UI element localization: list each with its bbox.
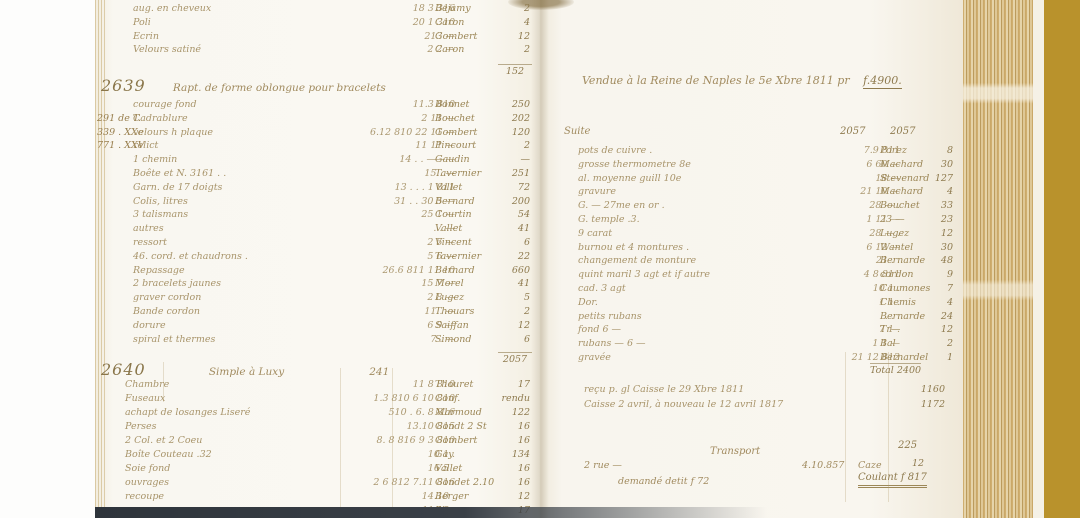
ledger-row: G. temple .3. 1 11 — 23 — 23 bbox=[540, 213, 963, 227]
bottom-reference: 4.10.857 bbox=[802, 460, 844, 471]
mustard-background bbox=[1044, 0, 1080, 518]
ledger-row: 46. cord. et chaudrons . 5 6 — Tavernier… bbox=[95, 250, 540, 264]
row-amount: 30 bbox=[919, 158, 953, 172]
ledger-row: achapt de losanges Liseré 510 . 6. 8 816… bbox=[95, 406, 540, 420]
entry-number: 2639 bbox=[101, 76, 146, 95]
row-description: relict bbox=[133, 139, 158, 153]
row-amount: 4 bbox=[919, 296, 953, 310]
row-description: 9 carat bbox=[578, 227, 612, 241]
row-figures: 11 8 810 bbox=[305, 378, 455, 392]
row-description: autres bbox=[133, 222, 164, 236]
ledger-row: Garn. de 17 doigts 13 . . . 1 811 Vallet… bbox=[95, 181, 540, 195]
row-description: Velours satiné bbox=[133, 43, 201, 57]
row-amount: 122 bbox=[496, 406, 530, 420]
row-description: Soie fond bbox=[125, 462, 170, 476]
row-amount: 30 bbox=[919, 241, 953, 255]
row-amount: 12 bbox=[496, 30, 530, 44]
book-fore-edge bbox=[963, 0, 1033, 518]
column-rule bbox=[340, 368, 341, 518]
row-amount: 54 bbox=[496, 208, 530, 222]
row-amount: 12 bbox=[496, 319, 530, 333]
row-description: al. moyenne guill 10e bbox=[578, 172, 681, 186]
row-amount: 127 bbox=[919, 172, 953, 186]
previous-entry-rows: aug. en cheveux 18 3 316 Bejamy 2 Poli 2… bbox=[95, 2, 540, 57]
row-figures: 14.10 . bbox=[305, 490, 455, 504]
ledger-row: Soie fond 16 5 . Vallet 16 bbox=[95, 462, 540, 476]
row-amount: 6 bbox=[496, 333, 530, 347]
entry-title: Simple à Luxy bbox=[209, 366, 284, 378]
total-value: Total 2400 bbox=[870, 363, 921, 376]
row-description: Perses bbox=[125, 420, 157, 434]
bottom-total: Coulant f 817 bbox=[858, 472, 927, 488]
ledger-row: 2 Col. et 2 Coeu 8. 8 816 9 3 810 Gomber… bbox=[95, 434, 540, 448]
row-amount: 8 bbox=[919, 144, 953, 158]
transport-amount: 225 bbox=[898, 440, 917, 451]
ledger-row: fond 6 — 7 1 . Tr— 12 bbox=[540, 323, 963, 337]
carried-total-2: 2057 bbox=[890, 126, 915, 137]
ledger-row: Ecrin 213 — Gombert 12 bbox=[95, 30, 540, 44]
row-amount: 5 bbox=[496, 291, 530, 305]
row-description: fond 6 — bbox=[578, 323, 621, 337]
carried-total-1: 2057 bbox=[840, 126, 865, 137]
row-description: G. — 27me en or . bbox=[578, 199, 665, 213]
row-amount: 251 bbox=[496, 167, 530, 181]
row-amount: 4 bbox=[919, 185, 953, 199]
ledger-row: 3 talismans 25 1 — Courtin 54 bbox=[95, 208, 540, 222]
row-description: ouvrages bbox=[125, 476, 169, 490]
entry-amount: 241 bbox=[369, 366, 389, 378]
sale-header-text: Vendue à la Reine de Naples le 5e Xbre 1… bbox=[582, 74, 850, 87]
ledger-row: gravure 21 10 — Machard 4 bbox=[540, 185, 963, 199]
ledger-row: Boête et N. 3161 . . 15 . — Tavernier 25… bbox=[95, 167, 540, 181]
row-amount: 72 bbox=[496, 181, 530, 195]
column-rule bbox=[163, 362, 164, 402]
row-description: Dor. bbox=[578, 296, 598, 310]
ledger-row: graver cordon 2 8 — Lugez 5 bbox=[95, 291, 540, 305]
row-description: grosse thermometre 8e bbox=[578, 158, 691, 172]
row-amount: 6 bbox=[496, 236, 530, 250]
row-amount: 660 bbox=[496, 264, 530, 278]
row-description: 1 chemin bbox=[133, 153, 177, 167]
ledger-row: al. moyenne guill 10e 18 — Stevenard 127 bbox=[540, 172, 963, 186]
row-amount: 2 bbox=[496, 43, 530, 57]
row-description: cad. 3 agt bbox=[578, 282, 626, 296]
ledger-row: quint maril 3 agt et if autre 4 8 811 co… bbox=[540, 268, 963, 282]
row-figures: 16 5 . bbox=[305, 462, 455, 476]
row-amount: 12 bbox=[919, 323, 953, 337]
row-amount: 17 bbox=[496, 378, 530, 392]
row-description: Repassage bbox=[133, 264, 185, 278]
row-figures: 510 . 6. 8 816 bbox=[305, 406, 455, 420]
ledger-row: G. — 27me en or . 28 — . Bouchet 33 bbox=[540, 199, 963, 213]
ledger-row: pots de cuivre . 7.9 811 Porez 8 bbox=[540, 144, 963, 158]
row-amount: 9 bbox=[919, 268, 953, 282]
ledger-row: autres . . — Vallet 41 bbox=[95, 222, 540, 236]
row-amount: 12 bbox=[496, 490, 530, 504]
row-amount: 4 bbox=[496, 16, 530, 30]
ledger-row: 1 chemin 14 . . ——— Gaudin — bbox=[95, 153, 540, 167]
row-description: courage fond bbox=[133, 98, 197, 112]
row-amount: 33 bbox=[919, 199, 953, 213]
ledger-row: changement de monture 21 . . Bernarde 48 bbox=[540, 254, 963, 268]
ledger-row: cad. 3 agt 10 1 . Caumones 7 bbox=[540, 282, 963, 296]
payment-row: reçu p. gl Caisse le 29 Xbre 1811 1160 bbox=[540, 382, 963, 397]
row-figures: 13.10 815 bbox=[305, 420, 455, 434]
row-amount: 250 bbox=[496, 98, 530, 112]
ledger-row: Perses 13.10 815 Gondt 2 St 16 bbox=[95, 420, 540, 434]
ledger-row: 339 . XXe velours h plaque 6.12 810 22 1… bbox=[95, 126, 540, 140]
row-description: aug. en cheveux bbox=[133, 2, 211, 16]
row-figures: 10 1 . bbox=[305, 448, 455, 462]
entry-number: 2640 bbox=[101, 360, 146, 379]
payment-amount: 1160 bbox=[905, 382, 945, 397]
row-description: 3 talismans bbox=[133, 208, 188, 222]
payment-lines: reçu p. gl Caisse le 29 Xbre 1811 1160 C… bbox=[540, 382, 963, 412]
entry-2640-header: 2640 Simple à Luxy 241 bbox=[101, 360, 389, 379]
row-amount: 16 bbox=[496, 476, 530, 490]
ledger-row: 2 bracelets jaunes 15 7 — Morel 41 bbox=[95, 277, 540, 291]
row-description: pots de cuivre . bbox=[578, 144, 652, 158]
total-value: 152 bbox=[498, 64, 532, 77]
previous-entry-total: 152 bbox=[498, 59, 532, 78]
row-description: recoupe bbox=[125, 490, 164, 504]
row-amount: 16 bbox=[496, 462, 530, 476]
entry-title: Rapt. de forme oblongue pour bracelets bbox=[173, 82, 386, 94]
ledger-row: grosse thermometre 8e 6 60 — Machard 30 bbox=[540, 158, 963, 172]
suite-label: Suite bbox=[564, 126, 590, 137]
row-description: Poli bbox=[133, 16, 151, 30]
ledger-row: courage fond 11.3 810 Bonnet 250 bbox=[95, 98, 540, 112]
row-description: Fuseaux bbox=[125, 392, 165, 406]
ledger-row: Repassage 26.6 811 11 10 Bernard 660 bbox=[95, 264, 540, 278]
row-description: Colis, litres bbox=[133, 195, 188, 209]
ledger-row: Fuseaux 1.3 810 6 10 810 Conf. rendu bbox=[95, 392, 540, 406]
payment-text: Caisse 2 avril, à nouveau le 12 avril 18… bbox=[584, 397, 783, 412]
row-description: Boête et N. 3161 . . bbox=[133, 167, 226, 181]
bottom-note-1: 2 rue — bbox=[584, 460, 622, 471]
row-figures: 2 6 812 7.11 816 bbox=[305, 476, 455, 490]
row-description: achapt de losanges Liseré bbox=[125, 406, 250, 420]
row-description: G. temple .3. bbox=[578, 213, 640, 227]
ledger-row: petits rubans . . . Bernarde 24 bbox=[540, 310, 963, 324]
entry-2639-total: 2057 bbox=[498, 347, 532, 366]
book-bottom-shadow bbox=[95, 507, 767, 518]
row-description: ressort bbox=[133, 236, 167, 250]
ledger-row: Chambre 11 8 810 Thouret 17 bbox=[95, 378, 540, 392]
row-amount: 12 bbox=[919, 227, 953, 241]
row-description: 46. cord. et chaudrons . bbox=[133, 250, 248, 264]
row-amount: — bbox=[496, 153, 530, 167]
ledger-row: recoupe 14.10 . Berger 12 bbox=[95, 490, 540, 504]
column-rule bbox=[845, 352, 846, 502]
row-amount: 7 bbox=[919, 282, 953, 296]
entry-2639-header: 2639 Rapt. de forme oblongue pour bracel… bbox=[101, 76, 386, 95]
page-edge-gap bbox=[1033, 0, 1044, 518]
ledger-row: burnou et 4 montures . 6 12 — Wantel 30 bbox=[540, 241, 963, 255]
entry-2640-rows: Chambre 11 8 810 Thouret 17 Fuseaux 1.3 … bbox=[95, 378, 540, 518]
row-amount: 134 bbox=[496, 448, 530, 462]
right-ledger-rows: pots de cuivre . 7.9 811 Porez 8 grosse … bbox=[540, 144, 963, 365]
ledger-row: Colis, litres 31 . . 30 5 — Bernard 200 bbox=[95, 195, 540, 209]
ledger-row: 771 . XXV relict 11 11 — Pincourt 2 bbox=[95, 139, 540, 153]
row-description: dorure bbox=[133, 319, 166, 333]
ledger-row: Velours satiné 2 2 — Caron 2 bbox=[95, 43, 540, 57]
row-description: 2 Col. et 2 Coeu bbox=[125, 434, 202, 448]
row-amount: 22 bbox=[496, 250, 530, 264]
sale-amount: f.4900. bbox=[863, 74, 902, 89]
row-figures: 8. 8 816 9 3 810 bbox=[305, 434, 455, 448]
row-amount: 24 bbox=[919, 310, 953, 324]
row-amount: 2 bbox=[496, 2, 530, 16]
row-amount: 200 bbox=[496, 195, 530, 209]
column-rule bbox=[888, 352, 889, 502]
row-amount: 16 bbox=[496, 434, 530, 448]
row-amount: 16 bbox=[496, 420, 530, 434]
payment-amount: 1172 bbox=[905, 397, 945, 412]
row-amount: 1 bbox=[919, 351, 953, 365]
row-amount: 2 bbox=[496, 139, 530, 153]
row-description: Cadrablure bbox=[133, 112, 188, 126]
ledger-row: ressort 2 5 — Vincent 6 bbox=[95, 236, 540, 250]
row-description: gravure bbox=[578, 185, 616, 199]
row-description: graver cordon bbox=[133, 291, 201, 305]
row-amount: 120 bbox=[496, 126, 530, 140]
row-description: rubans — 6 — bbox=[578, 337, 646, 351]
row-amount: 41 bbox=[496, 277, 530, 291]
right-total: Total 2400 bbox=[870, 358, 921, 377]
ledger-row: ouvrages 2 6 812 7.11 816 Gondet 2.10 16 bbox=[95, 476, 540, 490]
bottom-artisan-name: Caze bbox=[858, 460, 882, 471]
transport-label: Transport bbox=[710, 446, 760, 457]
ledger-row: Bande cordon 11 . — Thouars 2 bbox=[95, 305, 540, 319]
ledger-row: dorure 6 9 — Saiffan 12 bbox=[95, 319, 540, 333]
row-description: spiral et thermes bbox=[133, 333, 215, 347]
row-description: velours h plaque bbox=[133, 126, 213, 140]
row-description: burnou et 4 montures . bbox=[578, 241, 689, 255]
ledger-row: aug. en cheveux 18 3 316 Bejamy 2 bbox=[95, 2, 540, 16]
ledger-row: rubans — 6 — 1 1 — Bal 2 bbox=[540, 337, 963, 351]
row-description: Ecrin bbox=[133, 30, 159, 44]
row-amount: 48 bbox=[919, 254, 953, 268]
ledger-row: 291 de T. Cadrablure 2 11 — Bouchet 202 bbox=[95, 112, 540, 126]
bottom-amount: 12 bbox=[912, 458, 924, 469]
ledger-photo: aug. en cheveux 18 3 316 Bejamy 2 Poli 2… bbox=[0, 0, 1080, 518]
row-amount: 41 bbox=[496, 222, 530, 236]
total-value: 2057 bbox=[498, 352, 532, 365]
ledger-row: Dor. 1 1 . Chemis 4 bbox=[540, 296, 963, 310]
ledger-row: spiral et thermes 7 . — Simond 6 bbox=[95, 333, 540, 347]
row-figures: 1.3 810 6 10 810 bbox=[305, 392, 455, 406]
column-rule bbox=[392, 368, 393, 518]
row-amount: rendu bbox=[496, 392, 530, 406]
row-description: Bande cordon bbox=[133, 305, 200, 319]
ledger-row: 9 carat 28 — . Lugez 12 bbox=[540, 227, 963, 241]
row-description: Boîte Couteau .32 bbox=[125, 448, 212, 462]
row-amount: 2 bbox=[496, 305, 530, 319]
row-amount: 2 bbox=[919, 337, 953, 351]
sale-header: Vendue à la Reine de Naples le 5e Xbre 1… bbox=[582, 74, 902, 87]
row-description: quint maril 3 agt et if autre bbox=[578, 268, 710, 282]
ledger-row: Poli 20 1 310 Caron 4 bbox=[95, 16, 540, 30]
row-description: Garn. de 17 doigts bbox=[133, 181, 222, 195]
row-description: changement de monture bbox=[578, 254, 696, 268]
ledger-row: Boîte Couteau .32 10 1 . Gay 134 bbox=[95, 448, 540, 462]
payment-row: Caisse 2 avril, à nouveau le 12 avril 18… bbox=[540, 397, 963, 412]
payment-text: reçu p. gl Caisse le 29 Xbre 1811 bbox=[584, 382, 744, 397]
row-amount: 23 bbox=[919, 213, 953, 227]
row-description: gravée bbox=[578, 351, 611, 365]
bottom-note-2: demandé detit f 72 bbox=[618, 476, 709, 487]
row-amount: 202 bbox=[496, 112, 530, 126]
row-description: 2 bracelets jaunes bbox=[133, 277, 221, 291]
row-description: petits rubans bbox=[578, 310, 642, 324]
entry-2639-rows: courage fond 11.3 810 Bonnet 250 291 de … bbox=[95, 98, 540, 346]
